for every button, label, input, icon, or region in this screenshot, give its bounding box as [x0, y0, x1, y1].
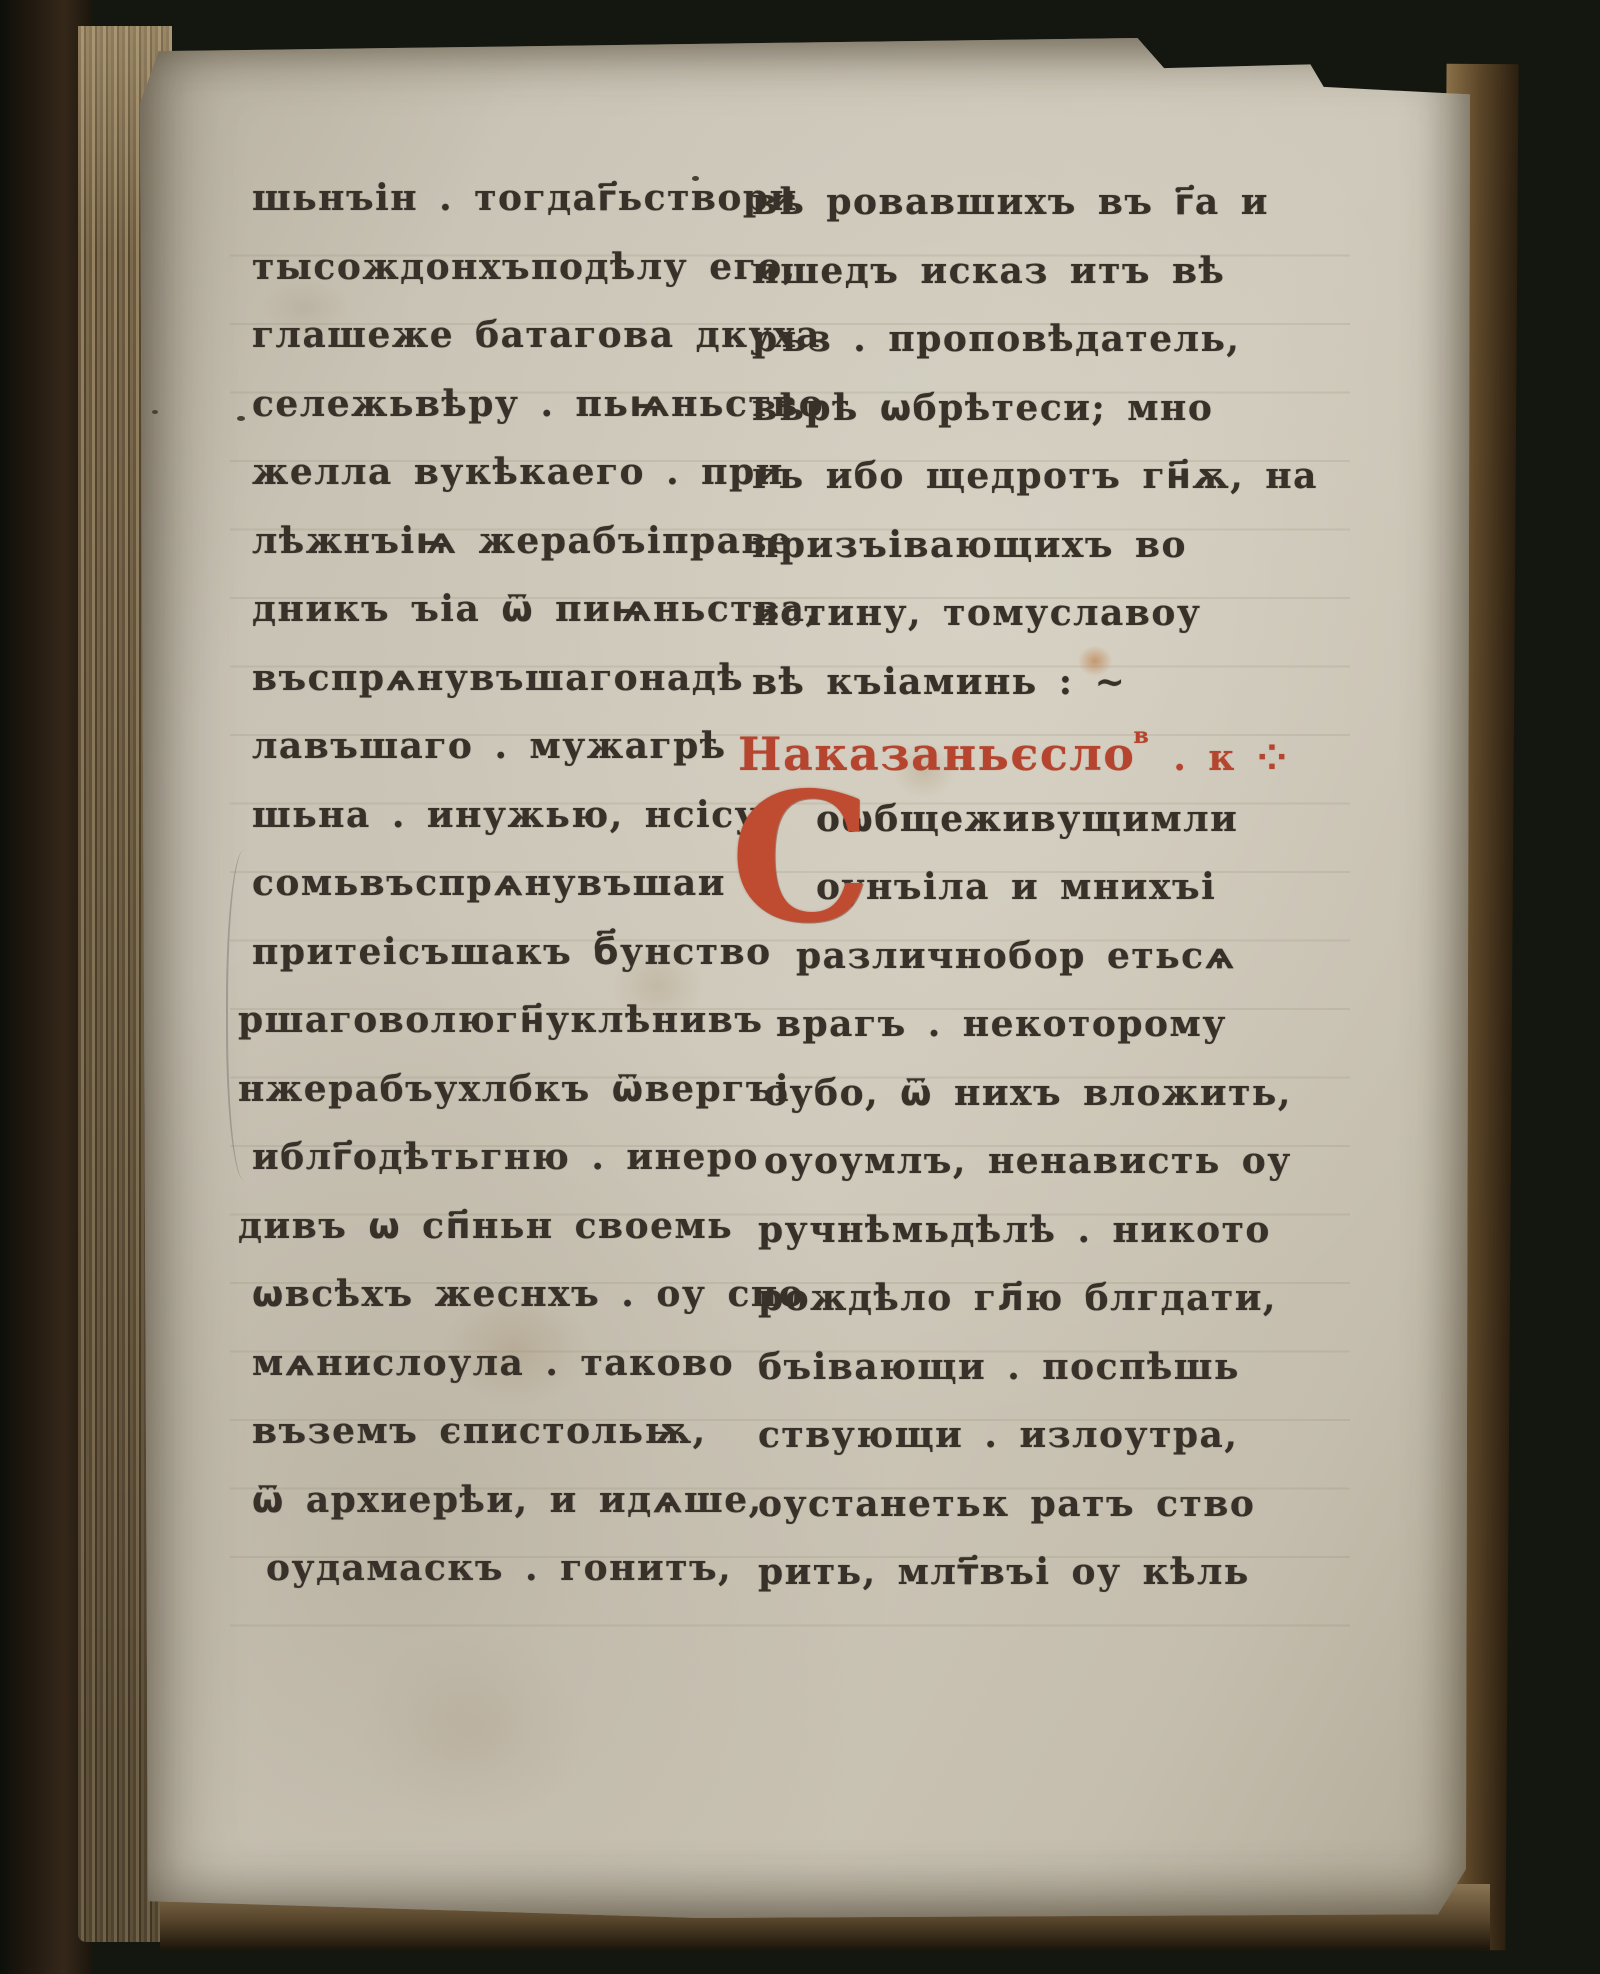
- text-line: оудамаскъ . гонитъ,: [266, 1534, 742, 1603]
- text-line: глашеже батагова дкуха: [252, 301, 742, 370]
- text-line: ршаговолюгн҃уклѣнивъ: [238, 986, 742, 1055]
- text-line: ишедъ исказ итъ вѣ: [752, 237, 1222, 306]
- text-line: ѡвсѣхъ жеснхъ . оу спо: [252, 1260, 742, 1329]
- drop-cap-initial: С: [730, 758, 860, 968]
- text-line: ствующи . излоутра,: [758, 1401, 1222, 1470]
- text-line: въспрѧнувъшагонадѣ: [252, 644, 742, 713]
- text-line: оунъіла и мнихъі: [816, 853, 1222, 922]
- text-line: вѣрѣ ѡбрѣтеси; мно: [752, 374, 1222, 443]
- text-line: притеісъшакъ б҃унство: [252, 918, 742, 987]
- text-line: истину, томуславоу: [752, 579, 1222, 648]
- text-line: вѣ къіаминь : ~: [752, 648, 1222, 717]
- text-line: сомьвъспрѧнувъшаи: [252, 849, 742, 918]
- right-column: вѣ ровавшихъ въ г҃а и ишедъ исказ итъ вѣ…: [752, 168, 1222, 1607]
- text-line: вѣ ровавшихъ въ г҃а и: [752, 168, 1222, 237]
- text-line: желла вукѣкаего . при: [252, 438, 742, 507]
- text-line: призъівающихъ во: [752, 511, 1222, 580]
- text-line: сележьвѣру . пьѩньство: [252, 370, 742, 439]
- text-line: въземъ єпистольѭ,: [252, 1397, 742, 1466]
- text-line: иблг҃одѣтьгню . инеро: [252, 1123, 742, 1192]
- text-line: оуоумлъ, ненависть оу: [764, 1127, 1222, 1196]
- text-line: шьна . инужью, нсісу: [252, 781, 742, 850]
- text-line: гъ ибо щедротъ гн҃ѫ, на: [752, 442, 1222, 511]
- text-line: мѧнислоула . таково: [252, 1329, 742, 1398]
- text-line: тысождонхъподѣлу его,: [252, 233, 742, 302]
- text-line: ѿ архиерѣи, и идѧше,: [252, 1466, 742, 1535]
- text-line: оубо, ѿ нихъ вложить,: [764, 1059, 1222, 1128]
- text-line: лавъшаго . мужагрѣ: [252, 712, 742, 781]
- text-line: бъівающи . поспѣшь: [758, 1333, 1222, 1402]
- ink-speck: [237, 416, 245, 421]
- manuscript-page: шьнъін . тогдаг҃ьствори тысождонхъподѣлу…: [140, 38, 1470, 1918]
- text-line: рить, млт҃въі оу кѣль: [758, 1538, 1222, 1607]
- text-line: нжерабъухлбкъ ѿвергъі: [238, 1055, 742, 1124]
- ink-speck: [152, 410, 158, 414]
- rubric-tail: . к ⁘: [1152, 737, 1288, 779]
- text-line: врагъ . некоторому: [776, 990, 1222, 1059]
- left-column: шьнъін . тогдаг҃ьствори тысождонхъподѣлу…: [252, 164, 742, 1603]
- text-line: ръз . проповѣдатель,: [752, 305, 1222, 374]
- text-line: ручнѣмьдѣлѣ . никото: [758, 1196, 1222, 1265]
- text-line: оѡбщеживущимли: [816, 785, 1222, 854]
- text-line: рождѣло гл҃ю блгдати,: [758, 1264, 1222, 1333]
- text-line: оустанетьк ратъ ство: [758, 1470, 1222, 1539]
- text-line: дивъ ѡ сп҃ньн своемь: [238, 1192, 742, 1261]
- text-line: шьнъін . тогдаг҃ьствори: [252, 164, 742, 233]
- text-line: лѣжнъіѩ жерабъіправе: [252, 507, 742, 576]
- text-line: дникъ ъіа ѿ пиѩньства,: [252, 575, 742, 644]
- rubric-superscript: в: [1133, 723, 1150, 749]
- parchment-stain: [350, 1628, 590, 1828]
